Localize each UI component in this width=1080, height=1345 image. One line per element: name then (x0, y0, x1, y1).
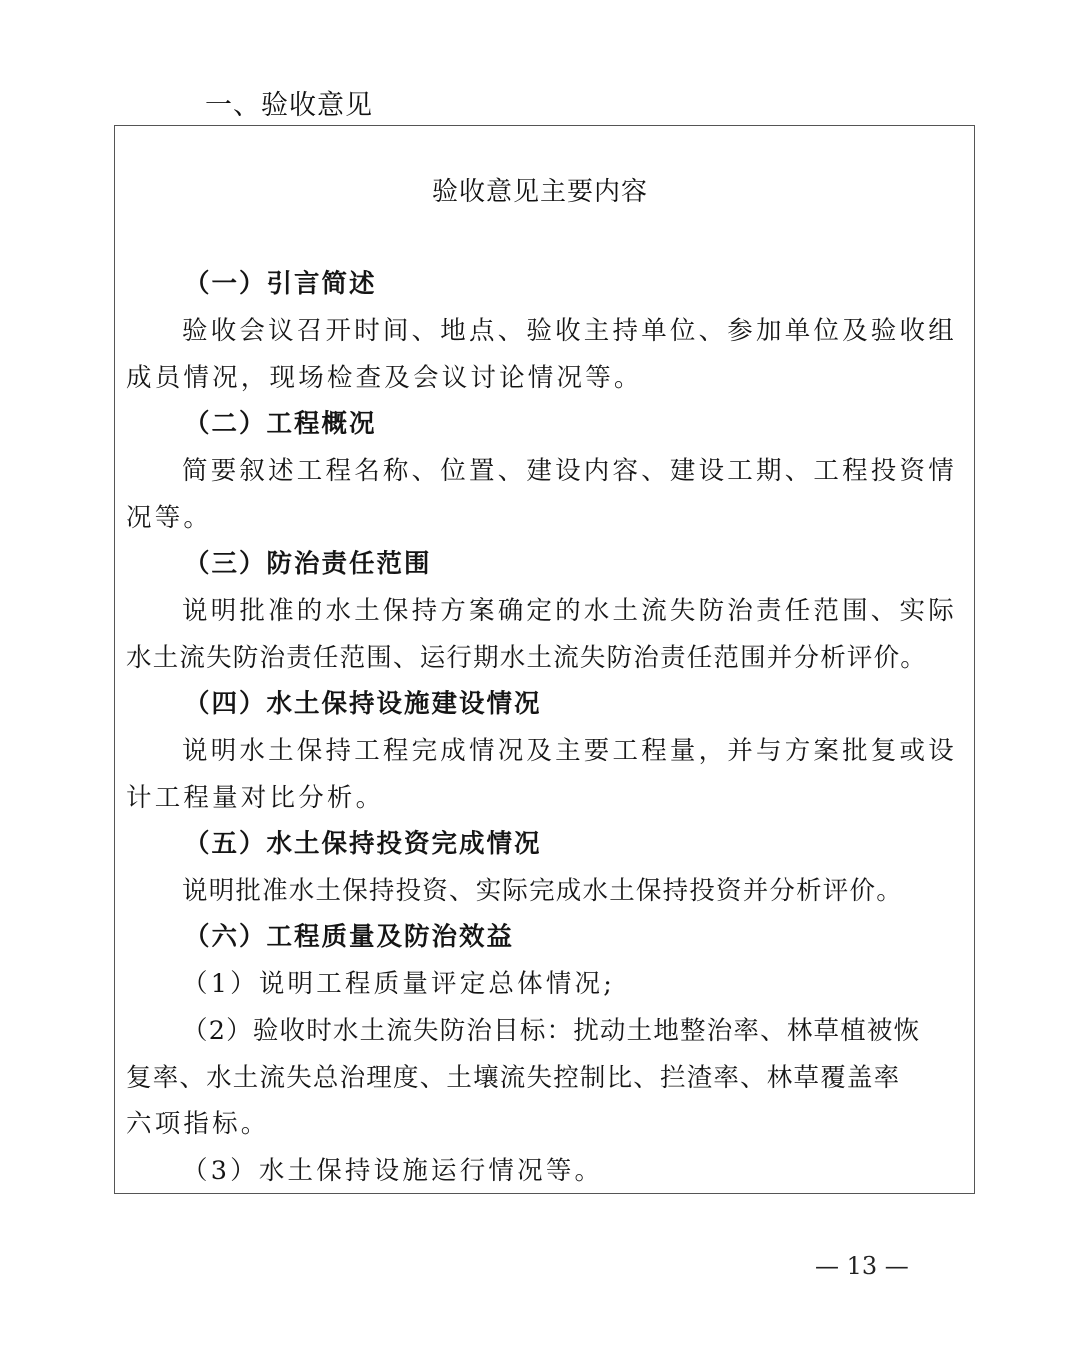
section-3-line-1: 说明批准的水土保持方案确定的水土流失防治责任范围、实际 (182, 591, 1022, 631)
section-2-line-1: 简要叙述工程名称、位置、建设内容、建设工期、工程投资情 (182, 451, 1022, 491)
box-title: 验收意见主要内容 (0, 172, 1080, 212)
section-heading-1: （一）引言简述 (184, 264, 1024, 304)
section-title: 一、验收意见 (205, 86, 373, 126)
section-heading-3: （三）防治责任范围 (184, 544, 1024, 584)
section-4-line-2: 计工程量对比分析。 (126, 778, 966, 818)
section-6-line-3: 复率、水土流失总治理度、土壤流失控制比、拦渣率、林草覆盖率 (126, 1058, 966, 1098)
section-5-line-1: 说明批准水土保持投资、实际完成水土保持投资并分析评价。 (182, 871, 1022, 911)
section-3-line-2: 水土流失防治责任范围、运行期水土流失防治责任范围并分析评价。 (126, 638, 966, 678)
section-4-line-1: 说明水土保持工程完成情况及主要工程量，并与方案批复或设 (182, 731, 1022, 771)
section-heading-5: （五）水土保持投资完成情况 (184, 824, 1024, 864)
section-6-line-1: （1）说明工程质量评定总体情况; (182, 964, 1022, 1004)
section-6-line-2: （2）验收时水土流失防治目标：扰动土地整治率、林草植被恢 (182, 1011, 1022, 1051)
page-number: — 13 — (815, 1246, 909, 1286)
section-heading-6: （六）工程质量及防治效益 (184, 917, 1024, 957)
section-1-line-2: 成员情况，现场检查及会议讨论情况等。 (126, 358, 966, 398)
section-2-line-2: 况等。 (126, 498, 966, 538)
section-heading-2: （二）工程概况 (184, 404, 1024, 444)
section-6-line-4: 六项指标。 (126, 1104, 966, 1144)
section-heading-4: （四）水土保持设施建设情况 (184, 684, 1024, 724)
section-6-line-5: （3）水土保持设施运行情况等。 (182, 1151, 1022, 1191)
section-1-line-1: 验收会议召开时间、地点、验收主持单位、参加单位及验收组 (182, 311, 1022, 351)
